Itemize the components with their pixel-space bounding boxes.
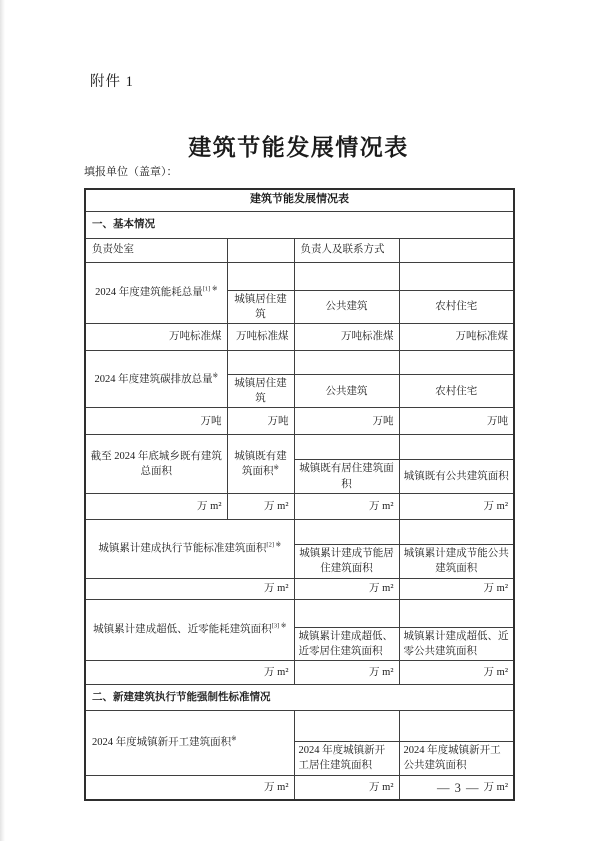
unit-cell: 万 m² [399,493,514,519]
table-wrapper: 建筑节能发展情况表 一、基本情况 负责处室 负责人及联系方式 2024 年度建筑… [84,188,515,801]
contact-value-cell [399,238,514,262]
subhead-cell: 城镇既有公共建筑面积 [399,460,514,493]
unit-cell: 万 m² [294,578,399,599]
value-cell [399,519,514,544]
unit-cell: 万 m² [85,775,294,800]
value-cell [294,350,399,374]
row-label-energy-standard-area: 城镇累计建成执行节能标准建筑面积[2] ※ [85,519,294,578]
document-page: 附件 1 建筑节能发展情况表 填报单位（盖章）： 建筑节能发展情况表 一、基本情… [0,0,597,841]
value-cell [294,599,399,627]
unit-cell: 万 m² [294,493,399,519]
footnote-mark: [1] ※ [203,286,218,293]
row-label-ultra-low-area: 城镇累计建成超低、近零能耗建筑面积[3] ※ [85,599,294,660]
dept-label-cell: 负责处室 [85,238,227,262]
row-label-text: 2024 年度建筑能耗总量 [95,287,203,298]
value-cell [399,350,514,374]
subhead-cell: 城镇居住建筑 [227,290,294,323]
unit-cell: 万 m² [294,661,399,685]
table-title: 建筑节能发展情况表 [85,189,514,211]
footnote-mark: [2] ※ [266,542,281,549]
unit-cell: 万吨标准煤 [85,323,227,350]
section-new-buildings: 二、新建建筑执行节能强制性标准情况 [85,685,514,711]
unit-cell: 万吨 [294,408,399,435]
unit-cell: 万 m² [227,493,294,519]
footnote-mark: [3] ※ [272,623,287,630]
value-cell [227,262,294,290]
dept-value-cell [227,238,294,262]
subhead-cell: 城镇居住建筑 [227,374,294,407]
subhead-cell: 2024 年度城镇新开工公共建筑面积 [399,742,514,775]
unit-cell: 万吨标准煤 [399,323,514,350]
subhead-cell: 公共建筑 [294,374,399,407]
subhead-cell: 城镇既有居住建筑面积 [294,460,399,493]
unit-cell: 万 m² [85,661,294,685]
footnote-mark: ※ [213,372,218,379]
subhead-cell: 公共建筑 [294,290,399,323]
row-label-text: 截至 2024 年底城乡既有建筑总面积 [91,451,222,477]
unit-cell: 万吨 [399,408,514,435]
reporting-unit-label: 填报单位（盖章）： [84,163,178,179]
value-cell [399,599,514,627]
value-cell [399,711,514,742]
subhead-cell: 农村住宅 [399,374,514,407]
unit-cell: 万 m² [399,661,514,685]
subhead-cell: 城镇累计建成超低、近零公共建筑面积 [399,627,514,660]
row-label-text: 2024 年度城镇新开工建筑面积 [92,737,231,748]
unit-cell: 万 m² [294,775,399,800]
page-number: — 3 — [437,781,480,796]
row-label-text: 城镇累计建成执行节能标准建筑面积 [98,543,266,554]
contact-label-cell: 负责人及联系方式 [294,238,399,262]
unit-cell: 万吨 [85,408,227,435]
section-basic: 一、基本情况 [85,211,514,238]
energy-development-table: 建筑节能发展情况表 一、基本情况 负责处室 负责人及联系方式 2024 年度建筑… [84,188,515,801]
value-cell [227,350,294,374]
unit-cell: 万吨标准煤 [294,323,399,350]
value-cell [294,519,399,544]
value-cell [399,435,514,460]
unit-cell: 万 m² [399,578,514,599]
value-cell [399,262,514,290]
unit-cell: 万吨 [227,408,294,435]
row-label-new-construction: 2024 年度城镇新开工建筑面积※ [85,711,294,775]
row-label-carbon-emission: 2024 年度建筑碳排放总量※ [85,350,227,407]
unit-cell: 万 m² [85,493,227,519]
footnote-mark: ※ [274,465,279,472]
value-cell [294,262,399,290]
footnote-mark: ※ [231,736,236,743]
subhead-cell: 城镇累计建成超低、近零居住建筑面积 [294,627,399,660]
value-cell [294,435,399,460]
subhead-cell: 2024 年度城镇新开工居住建筑面积 [294,742,399,775]
attachment-label: 附件 1 [90,70,134,91]
subhead-cell: 城镇累计建成节能居住建筑面积 [294,544,399,578]
row-label-existing-area: 截至 2024 年底城乡既有建筑总面积 [85,435,227,493]
value-cell [294,711,399,742]
unit-cell: 万吨标准煤 [227,323,294,350]
row-label-text: 2024 年度建筑碳排放总量 [94,374,212,385]
row-label-text: 城镇累计建成超低、近零能耗建筑面积 [93,624,272,635]
unit-cell: 万 m² [85,578,294,599]
subhead-cell: 城镇累计建成节能公共建筑面积 [399,544,514,578]
subhead-existing-urban-area: 城镇既有建筑面积※ [227,435,294,493]
row-label-energy-consumption: 2024 年度建筑能耗总量[1] ※ [85,262,227,323]
subhead-cell: 农村住宅 [399,290,514,323]
page-title: 建筑节能发展情况表 [0,129,597,162]
